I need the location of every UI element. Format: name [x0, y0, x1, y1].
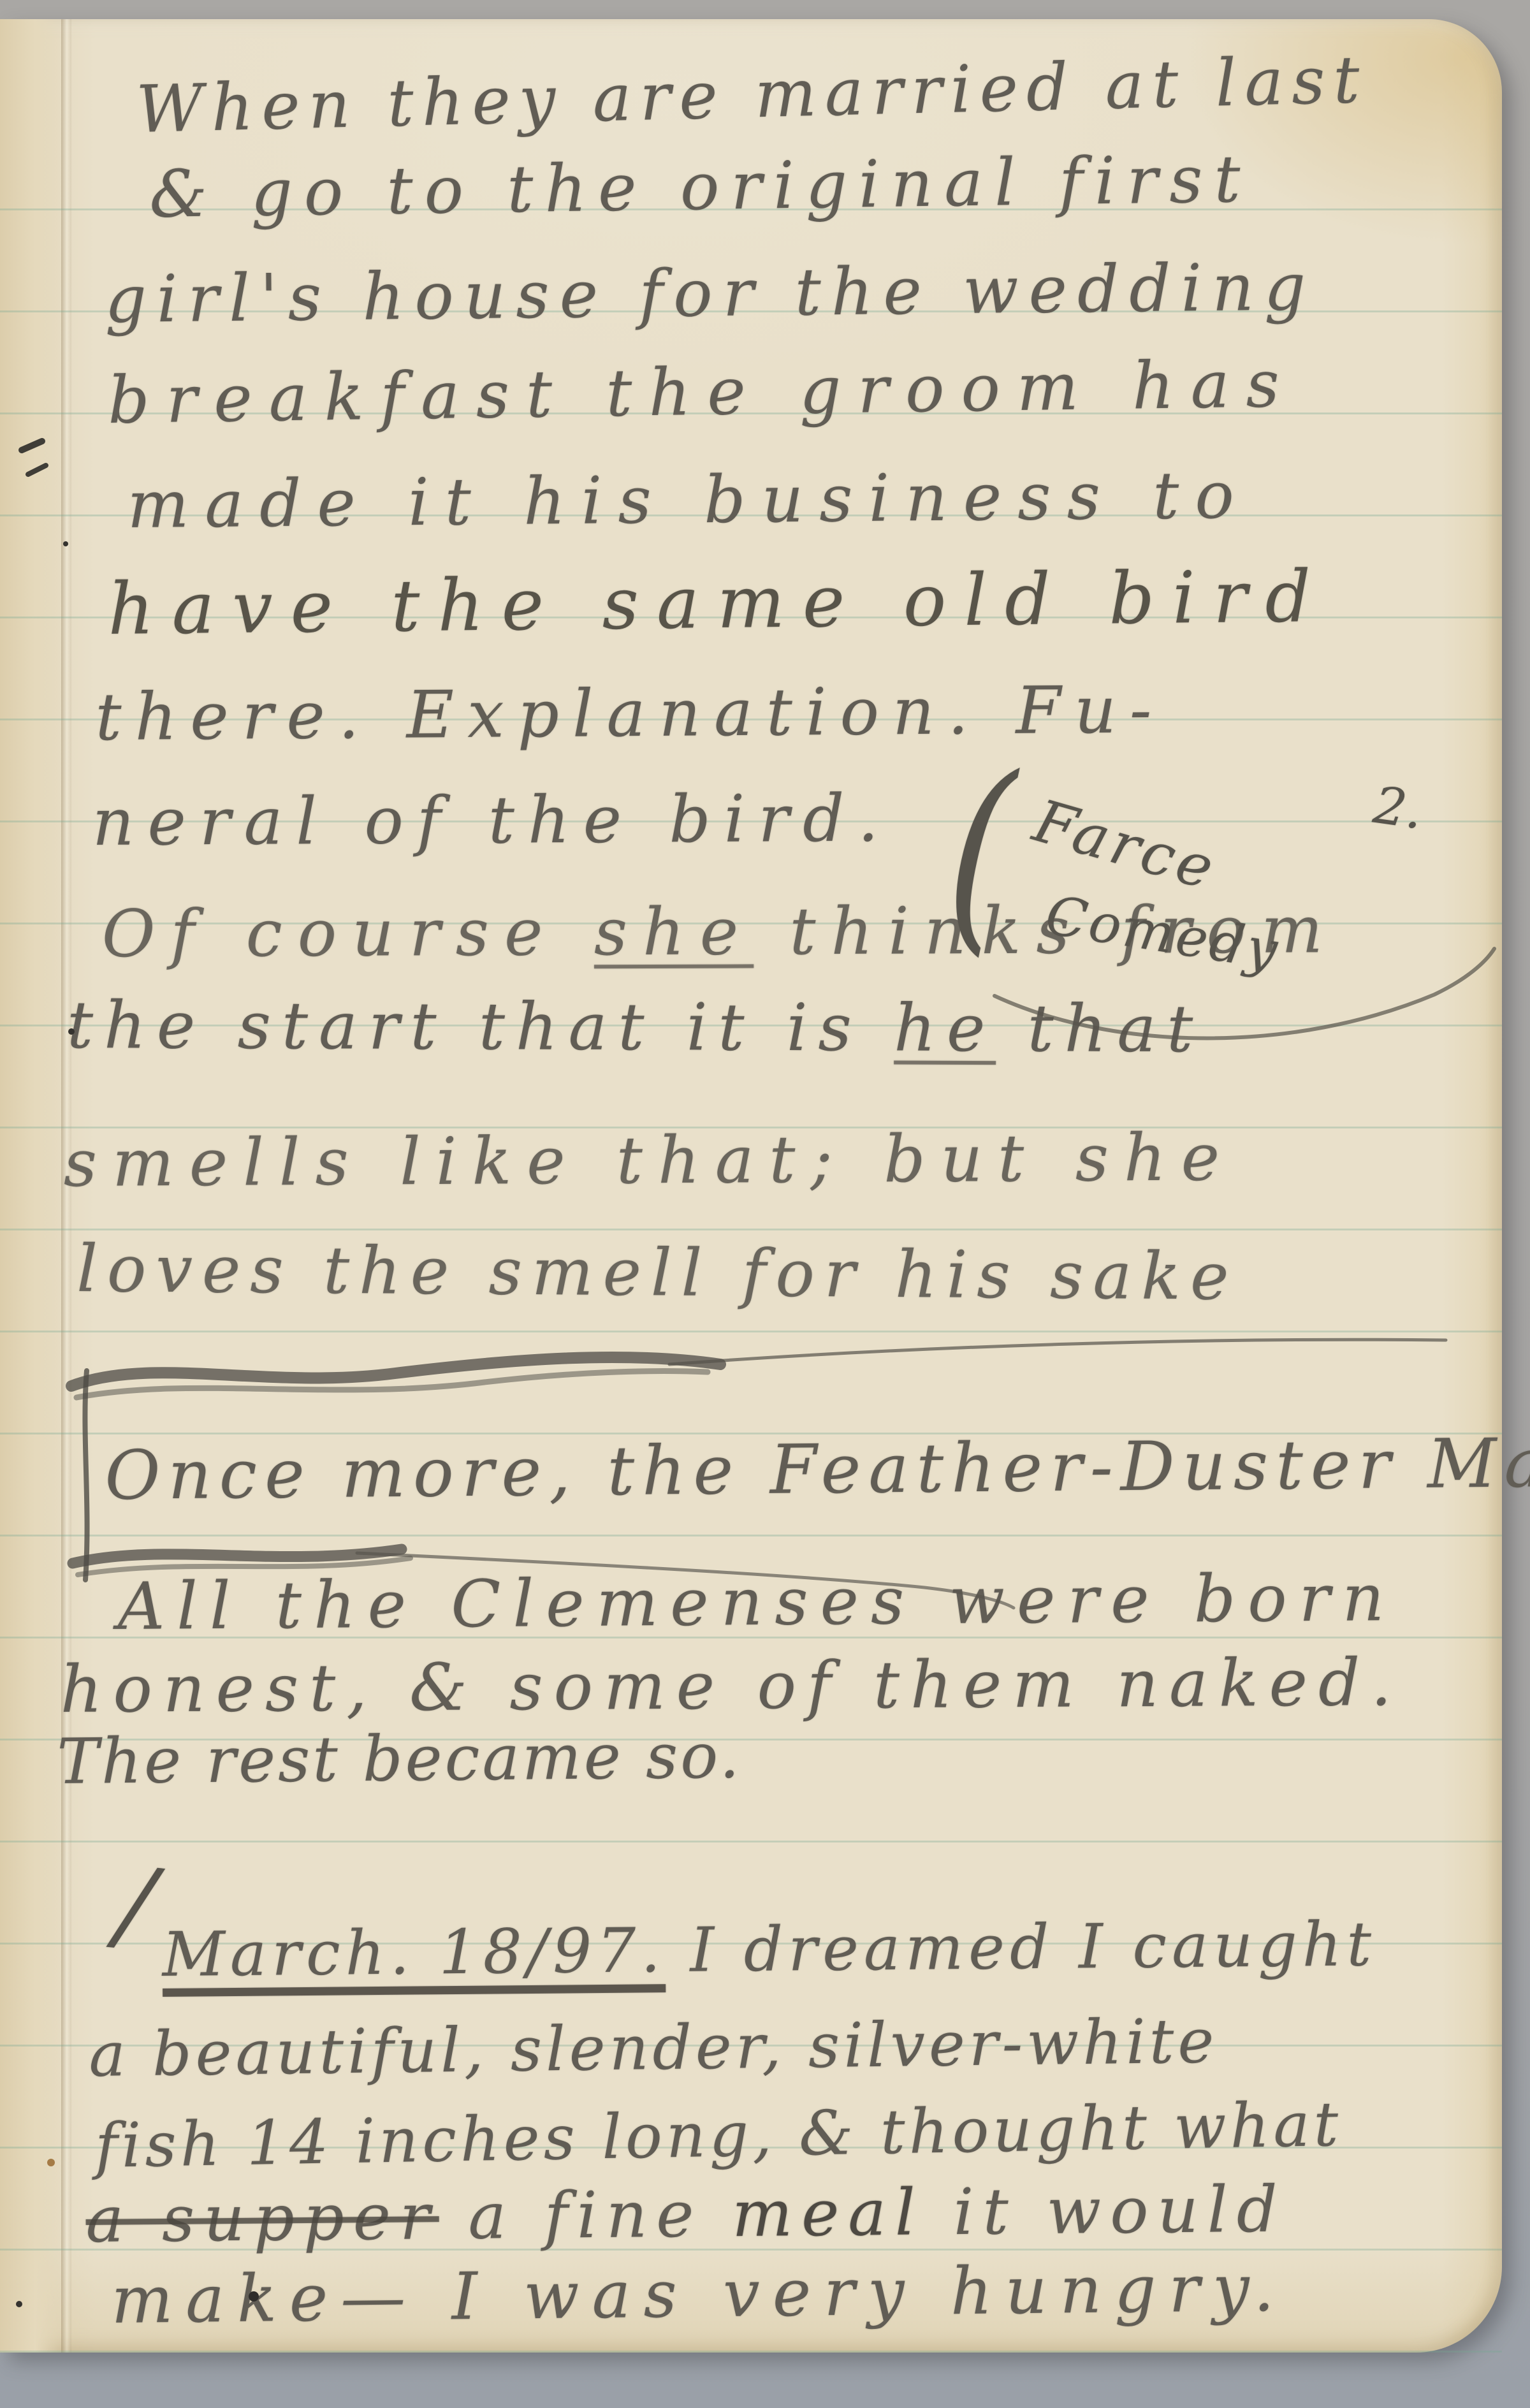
line-text: have the same old bird: [108, 555, 1329, 651]
line-text: neral of the bird.: [92, 780, 892, 861]
line-text: smells like that; but she: [63, 1120, 1235, 1202]
line-text: honest, & some of them naked.: [60, 1645, 1402, 1728]
line-text: Once more, the Feather-Duster Man: [105, 1423, 1530, 1515]
handwriting-line: the start that it is he that: [67, 993, 1204, 1062]
handwriting-line: honest, & some of them naked.: [60, 1651, 1402, 1723]
handwriting-line: make— I was very hungry.: [111, 2256, 1287, 2333]
handwriting-line: a beautiful, slender, silver-white: [89, 2010, 1218, 2085]
underlined-date: March. 18/97.: [162, 1915, 666, 1990]
line-text: & go to the original first: [149, 142, 1252, 233]
line-text: made it his business to: [127, 458, 1250, 543]
line-text: I dreamed I caught: [665, 1908, 1376, 1986]
handwriting-line: smells like that; but she: [63, 1125, 1235, 1197]
line-text: The rest became so.: [57, 1720, 742, 1799]
handwriting-line: The rest became so.: [57, 1725, 742, 1793]
line-text: it would: [924, 2172, 1286, 2250]
handwriting-line: All the Clemenses were born: [117, 1566, 1396, 1640]
underlined-word: she: [594, 894, 754, 970]
annotation-word: 2.: [1370, 775, 1427, 841]
scan-backdrop: { "artifact": { "kind": "handwritten pen…: [0, 0, 1530, 2408]
handwriting-line: a supper a fine meal it would: [85, 2178, 1286, 2252]
handwriting-line: & go to the original first: [149, 147, 1253, 228]
handwriting-line: made it his business to: [127, 463, 1250, 538]
handwriting-line-dated-entry: March. 18/97. I dreamed I caught: [162, 1913, 1376, 1985]
handwriting-line: loves the smell for his sake: [76, 1237, 1239, 1310]
handwriting-line: breakfast the groom has: [108, 352, 1297, 434]
annotation-query-mark: 2.: [1371, 780, 1426, 837]
overwritten-word: meal: [732, 2175, 925, 2252]
handwriting-line: neral of the bird.: [92, 786, 892, 856]
line-text: All the Clemenses were born: [117, 1560, 1396, 1645]
underlined-word: he: [894, 991, 996, 1067]
section-title-feather-duster: Once more, the Feather-Duster Man: [105, 1429, 1530, 1510]
line-text: make— I was very hungry.: [111, 2251, 1287, 2339]
line-text: Of course: [102, 894, 594, 972]
line-text: a fine: [439, 2177, 732, 2254]
handwriting-line: have the same old bird: [108, 561, 1329, 645]
line-text: loves the smell for his sake: [76, 1231, 1239, 1315]
struck-words: a supper: [85, 2179, 439, 2257]
line-text: the start that it is: [67, 988, 894, 1067]
line-text: that: [996, 991, 1204, 1067]
line-text: a beautiful, slender, silver-white: [89, 2005, 1218, 2091]
line-text: girl's house for the wedding: [105, 249, 1316, 338]
handwriting-line: girl's house for the wedding: [105, 255, 1316, 333]
